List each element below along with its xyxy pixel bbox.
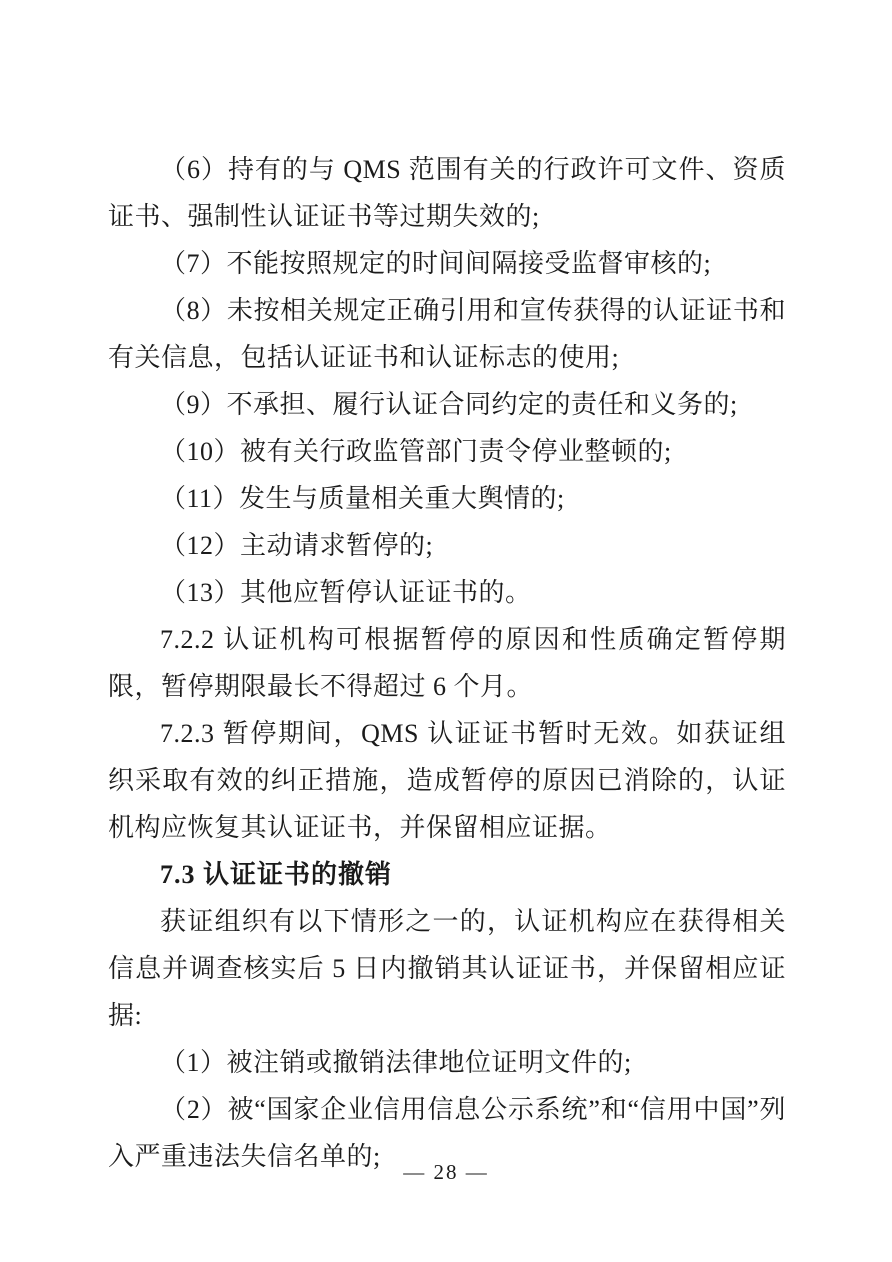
- paragraph-list-item-13: （13）其他应暂停认证证书的。: [108, 569, 786, 616]
- paragraph-list-item-12: （12）主动请求暂停的;: [108, 522, 786, 569]
- page-number-footer: — 28 —: [0, 1160, 892, 1185]
- paragraph-revocation-intro: 获证组织有以下情形之一的，认证机构应在获得相关信息并调查核实后 5 日内撤销其认…: [108, 898, 786, 1039]
- paragraph-list-item-11: （11）发生与质量相关重大舆情的;: [108, 475, 786, 522]
- page-number: — 28 —: [403, 1160, 489, 1184]
- paragraph-list-item-10: （10）被有关行政监管部门责令停业整顿的;: [108, 428, 786, 475]
- document-page: （6）持有的与 QMS 范围有关的行政许可文件、资质证书、强制性认证证书等过期失…: [0, 0, 892, 1262]
- paragraph-clause-7-2-3: 7.2.3 暂停期间，QMS 认证证书暂时无效。如获证组织采取有效的纠正措施，造…: [108, 710, 786, 851]
- paragraph-list-item-1: （1）被注销或撤销法律地位证明文件的;: [108, 1039, 786, 1086]
- paragraph-list-item-6: （6）持有的与 QMS 范围有关的行政许可文件、资质证书、强制性认证证书等过期失…: [108, 146, 786, 240]
- document-body: （6）持有的与 QMS 范围有关的行政许可文件、资质证书、强制性认证证书等过期失…: [108, 146, 786, 1180]
- paragraph-list-item-9: （9）不承担、履行认证合同约定的责任和义务的;: [108, 381, 786, 428]
- paragraph-clause-7-2-2: 7.2.2 认证机构可根据暂停的原因和性质确定暂停期限，暂停期限最长不得超过 6…: [108, 616, 786, 710]
- paragraph-list-item-8: （8）未按相关规定正确引用和宣传获得的认证证书和有关信息，包括认证证书和认证标志…: [108, 287, 786, 381]
- paragraph-list-item-7: （7）不能按照规定的时间间隔接受监督审核的;: [108, 240, 786, 287]
- section-heading-7-3: 7.3 认证证书的撤销: [108, 851, 786, 898]
